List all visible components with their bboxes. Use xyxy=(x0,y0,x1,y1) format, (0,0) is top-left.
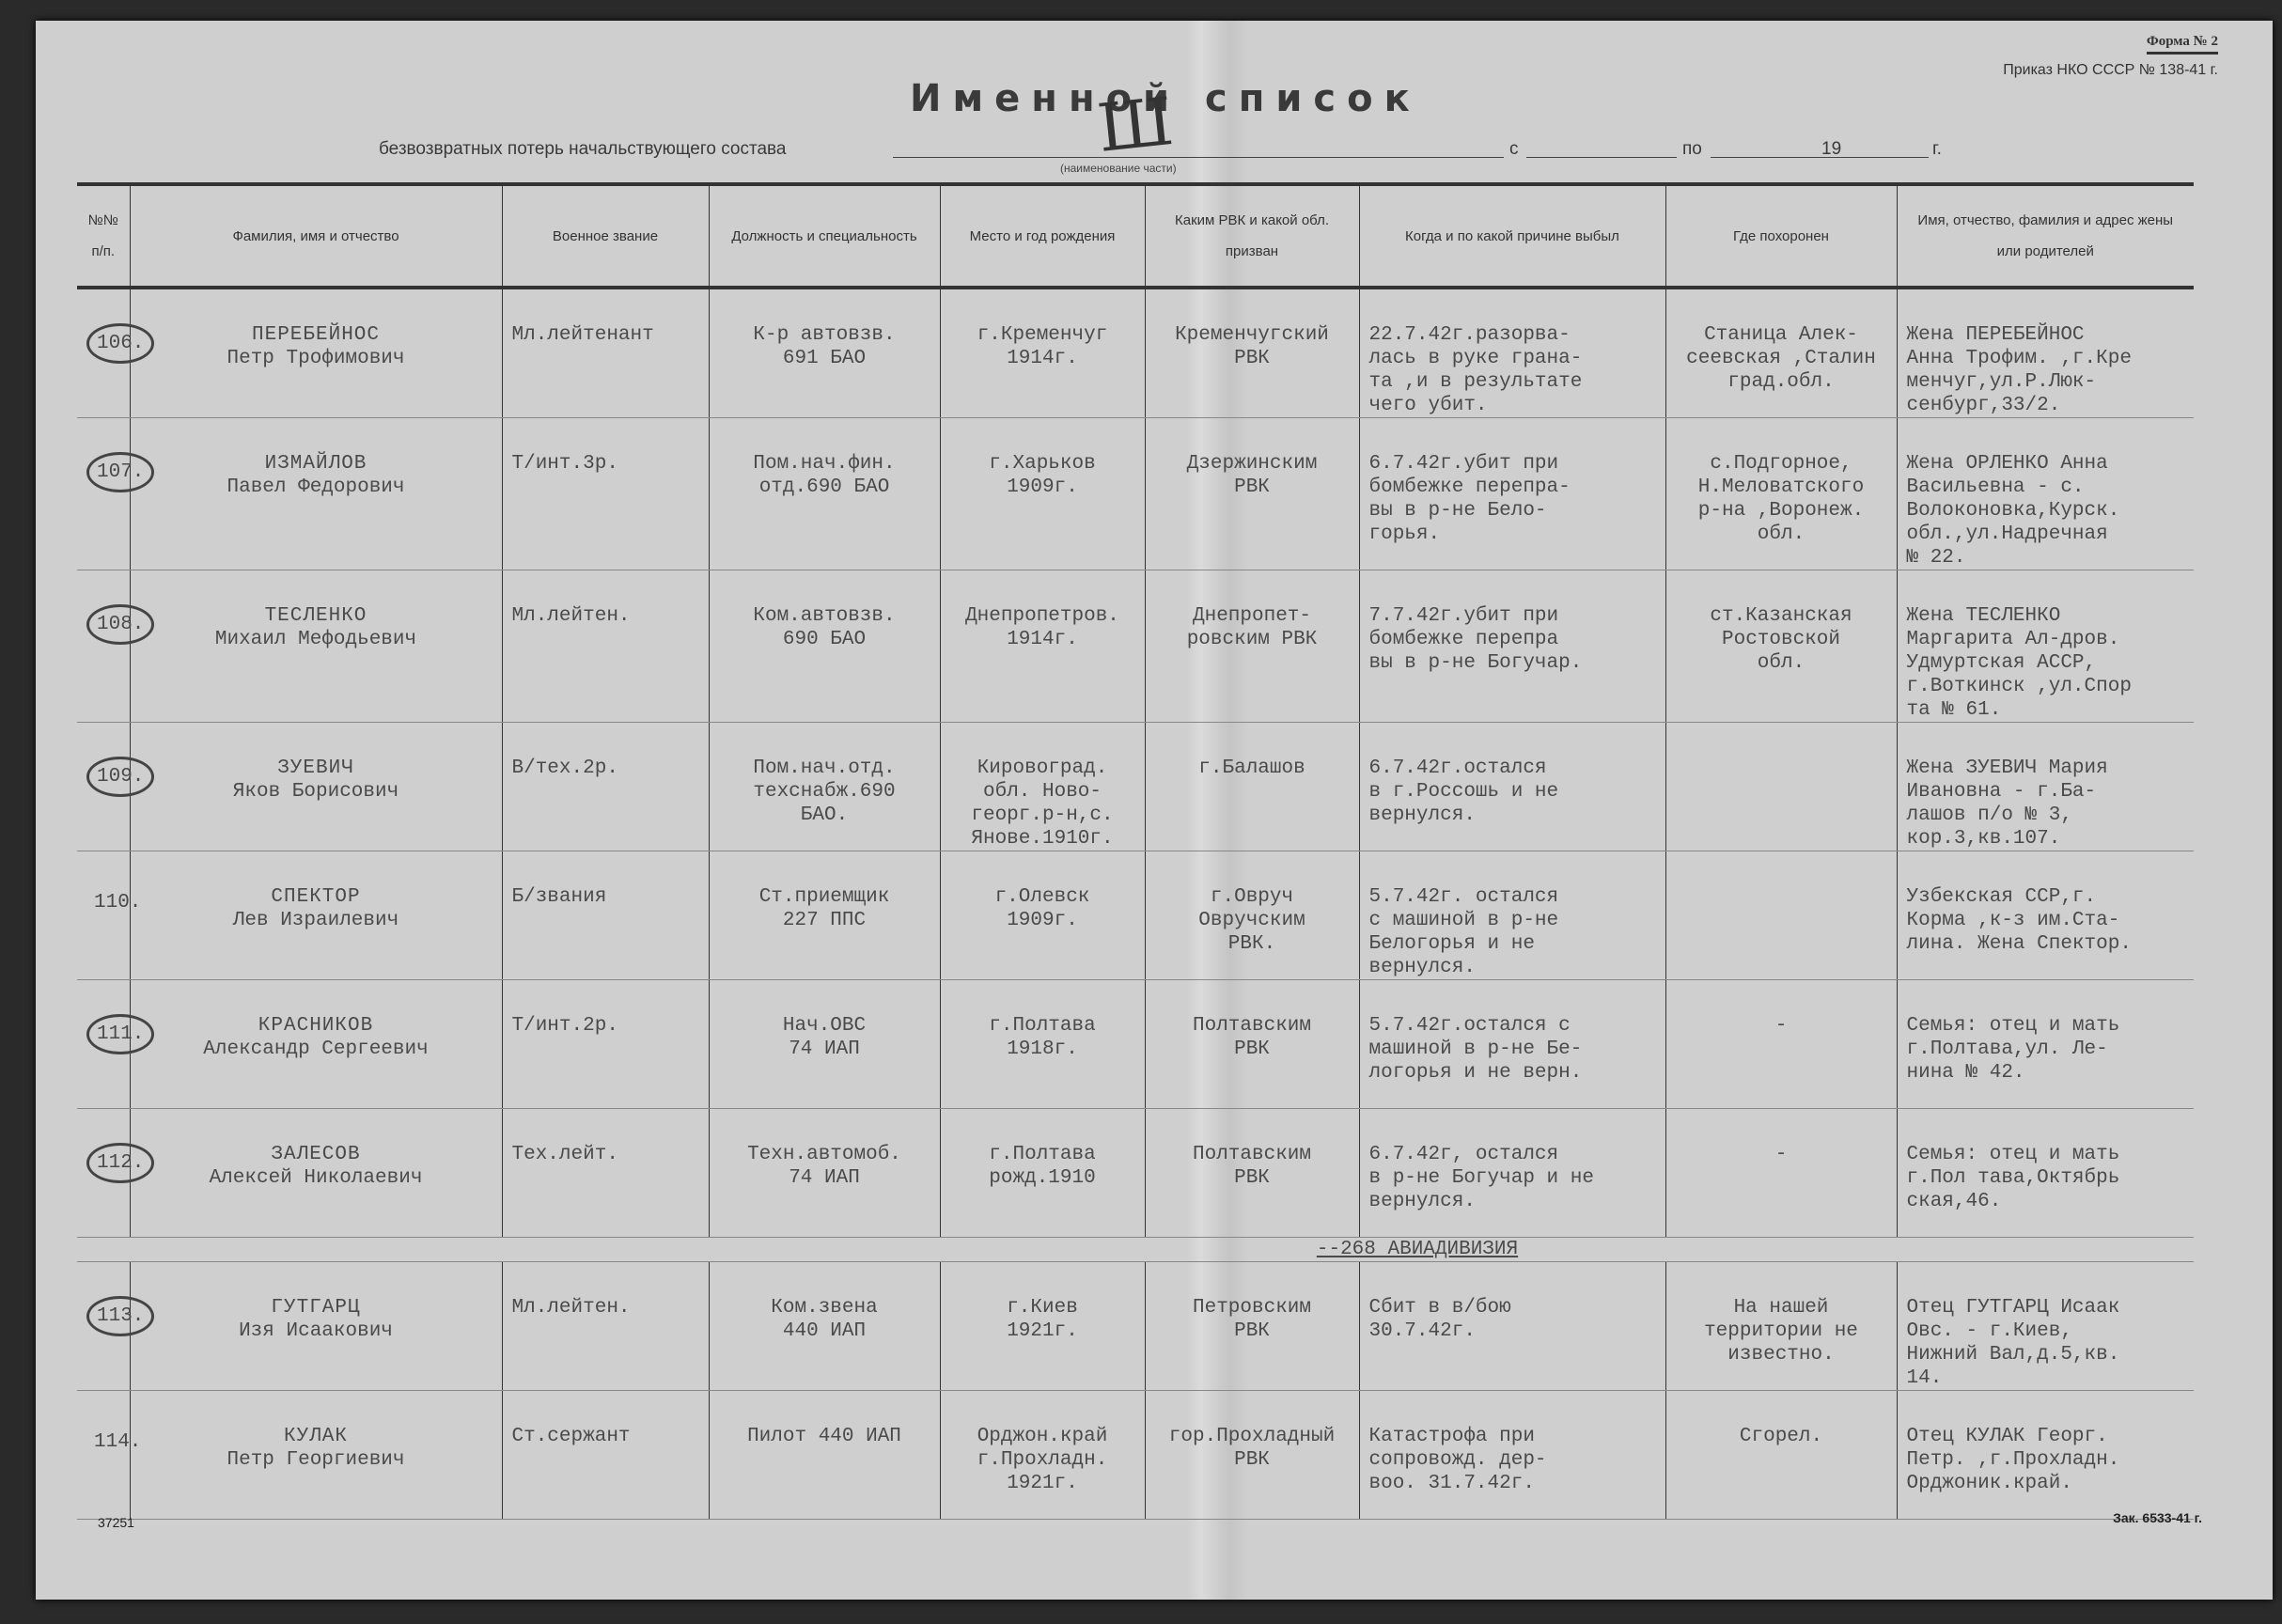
full-name-cell: ЗАЛЕСОВАлексей Николаевич xyxy=(130,1109,502,1238)
relatives-cell: Жена ОРЛЕНКО Анна Васильевна - с. Волоко… xyxy=(1897,418,2194,570)
row-number: 112. xyxy=(86,1143,154,1183)
birth-cell: Кировоград. обл. Ново- георг.р-н,с. Янов… xyxy=(940,723,1145,851)
year-field xyxy=(1844,157,1929,158)
rvk-cell: Полтавским РВК xyxy=(1145,1109,1359,1238)
when-why-cell: 6.7.42г, остался в р-не Богучар и не вер… xyxy=(1359,1109,1665,1238)
print-order: Зак. 6533-41 г. xyxy=(2113,1510,2202,1525)
surname: КУЛАК xyxy=(140,1425,492,1448)
given-names: Петр Георгиевич xyxy=(140,1448,492,1472)
buried-cell: - xyxy=(1665,1109,1897,1238)
table-row: 111. КРАСНИКОВАлександр Сергеевич Т/инт.… xyxy=(77,980,2194,1109)
rank-cell: Мл.лейтен. xyxy=(502,570,709,723)
unit-caption: (наименование части) xyxy=(1060,162,1177,175)
when-why-cell: 5.7.42г.остался с машиной в р-не Бе- лог… xyxy=(1359,980,1665,1109)
given-names: Михаил Мефодьевич xyxy=(140,628,492,651)
document-page: Форма № 2 Приказ НКО СССР № 138-41 г. Им… xyxy=(36,21,2273,1600)
when-why-cell: Катастрофа при сопровожд. дер- воо. 31.7… xyxy=(1359,1391,1665,1520)
row-number-cell: 108. xyxy=(77,570,130,723)
when-why-cell: 6.7.42г.убит при бомбежке перепра- вы в … xyxy=(1359,418,1665,570)
table-row: 108. ТЕСЛЕНКОМихаил Мефодьевич Мл.лейтен… xyxy=(77,570,2194,723)
archive-id: 37251 xyxy=(98,1515,134,1530)
rvk-cell: гор.Прохладный РВК xyxy=(1145,1391,1359,1520)
rvk-cell: Полтавским РВК xyxy=(1145,980,1359,1109)
rvk-cell: Петровским РВК xyxy=(1145,1262,1359,1391)
table-row: 109. ЗУЕВИЧЯков Борисович В/тех.2р. Пом.… xyxy=(77,723,2194,851)
surname: ЗАЛЕСОВ xyxy=(140,1143,492,1166)
given-names: Яков Борисович xyxy=(140,780,492,804)
relatives-cell: Жена ПЕРЕБЕЙНОС Анна Трофим. ,г.Кре менч… xyxy=(1897,288,2194,418)
row-number: 107. xyxy=(86,452,154,492)
birth-cell: Орджон.край г.Прохладн. 1921г. xyxy=(940,1391,1145,1520)
order-reference: Приказ НКО СССР № 138-41 г. xyxy=(2003,62,2218,79)
rvk-cell: Кременчугский РВК xyxy=(1145,288,1359,418)
rank-cell: В/тех.2р. xyxy=(502,723,709,851)
given-names: Изя Исаакович xyxy=(140,1319,492,1343)
position-cell: Ком.звена 440 ИАП xyxy=(709,1262,940,1391)
buried-cell: с.Подгорное, Н.Меловатского р-на ,Вороне… xyxy=(1665,418,1897,570)
section-divider-row: --268 АВИАДИВИЗИЯ xyxy=(77,1238,2194,1262)
row-number: 110. xyxy=(86,885,148,920)
col-full-name: Фамилия, имя и отчество xyxy=(130,184,502,288)
relatives-cell: Отец ГУТГАРЦ Исаак Овс. - г.Киев, Нижний… xyxy=(1897,1262,2194,1391)
row-number-cell: 114. xyxy=(77,1391,130,1520)
table-row: 112. ЗАЛЕСОВАлексей Николаевич Тех.лейт.… xyxy=(77,1109,2194,1238)
rank-cell: Тех.лейт. xyxy=(502,1109,709,1238)
when-why-cell: 6.7.42г.остался в г.Россошь и не вернулс… xyxy=(1359,723,1665,851)
col-birth: Место и год рождения xyxy=(940,184,1145,288)
birth-cell: г.Киев 1921г. xyxy=(940,1262,1145,1391)
birth-cell: Днепропетров. 1914г. xyxy=(940,570,1145,723)
buried-cell xyxy=(1665,851,1897,980)
unit-name-field xyxy=(893,157,1504,158)
relatives-cell: Отец КУЛАК Георг. Петр. ,г.Прохладн. Орд… xyxy=(1897,1391,2194,1520)
form-number: Форма № 2 xyxy=(2147,34,2218,55)
row-number-cell: 113. xyxy=(77,1262,130,1391)
full-name-cell: ТЕСЛЕНКОМихаил Мефодьевич xyxy=(130,570,502,723)
position-cell: Пом.нач.фин. отд.690 БАО xyxy=(709,418,940,570)
surname: КРАСНИКОВ xyxy=(140,1014,492,1038)
given-names: Александр Сергеевич xyxy=(140,1038,492,1061)
position-cell: К-р автовзв. 691 БАО xyxy=(709,288,940,418)
relatives-cell: Семья: отец и мать г.Полтава,ул. Ле- нин… xyxy=(1897,980,2194,1109)
when-why-cell: Сбит в в/бою 30.7.42г. xyxy=(1359,1262,1665,1391)
row-number: 111. xyxy=(86,1014,154,1054)
row-number-cell: 107. xyxy=(77,418,130,570)
from-date-field xyxy=(1526,157,1677,158)
rank-cell: Мл.лейтенант xyxy=(502,288,709,418)
when-why-cell: 5.7.42г. остался с машиной в р-не Белого… xyxy=(1359,851,1665,980)
birth-cell: г.Олевск 1909г. xyxy=(940,851,1145,980)
row-number-cell: 109. xyxy=(77,723,130,851)
full-name-cell: КРАСНИКОВАлександр Сергеевич xyxy=(130,980,502,1109)
col-relatives: Имя, отчество, фамилия и адрес жены или … xyxy=(1897,184,2194,288)
row-number-cell: 112. xyxy=(77,1109,130,1238)
full-name-cell: ИЗМАЙЛОВПавел Федорович xyxy=(130,418,502,570)
birth-cell: г.Полтава рожд.1910 xyxy=(940,1109,1145,1238)
col-number: №№ п/п. xyxy=(77,184,130,288)
birth-cell: г.Харьков 1909г. xyxy=(940,418,1145,570)
full-name-cell: СПЕКТОРЛев Израилевич xyxy=(130,851,502,980)
surname: ЗУЕВИЧ xyxy=(140,757,492,780)
row-number: 114. xyxy=(86,1425,148,1460)
col-rvk: Каким РВК и какой обл. призван xyxy=(1145,184,1359,288)
position-cell: Пилот 440 ИАП xyxy=(709,1391,940,1520)
col-when-why: Когда и по какой причине выбыл xyxy=(1359,184,1665,288)
relatives-cell: Жена ТЕСЛЕНКО Маргарита Ал-дров. Удмуртс… xyxy=(1897,570,2194,723)
rvk-cell: г.Балашов xyxy=(1145,723,1359,851)
when-why-cell: 22.7.42г.разорва- лась в руке грана- та … xyxy=(1359,288,1665,418)
row-number-cell: 106. xyxy=(77,288,130,418)
relatives-cell: Семья: отец и мать г.Пол тава,Октябрь ск… xyxy=(1897,1109,2194,1238)
col-buried: Где похоронен xyxy=(1665,184,1897,288)
handwritten-mark: Ш xyxy=(1094,83,1177,167)
row-number: 113. xyxy=(86,1296,154,1336)
buried-cell: Станица Алек- сеевская ,Сталин град.обл. xyxy=(1665,288,1897,418)
birth-cell: г.Полтава 1918г. xyxy=(940,980,1145,1109)
rvk-cell: Дзержинским РВК xyxy=(1145,418,1359,570)
rvk-cell: Днепропет- ровским РВК xyxy=(1145,570,1359,723)
row-number: 109. xyxy=(86,757,154,797)
rank-cell: Т/инт.3р. xyxy=(502,418,709,570)
table-row: 110. СПЕКТОРЛев Израилевич Б/звания Ст.п… xyxy=(77,851,2194,980)
full-name-cell: КУЛАКПетр Георгиевич xyxy=(130,1391,502,1520)
birth-cell: г.Кременчуг 1914г. xyxy=(940,288,1145,418)
row-number: 106. xyxy=(86,323,154,364)
surname: ИЗМАЙЛОВ xyxy=(140,452,492,476)
buried-cell xyxy=(1665,723,1897,851)
buried-cell: На нашей территории не известно. xyxy=(1665,1262,1897,1391)
rvk-cell: г.Овруч Овручским РВК. xyxy=(1145,851,1359,980)
table-row: 113. ГУТГАРЦИзя Исаакович Мл.лейтен. Ком… xyxy=(77,1262,2194,1391)
surname: СПЕКТОР xyxy=(140,885,492,909)
surname: ТЕСЛЕНКО xyxy=(140,604,492,628)
losses-table: №№ п/п. Фамилия, имя и отчество Военное … xyxy=(77,182,2194,1520)
position-cell: Техн.автомоб. 74 ИАП xyxy=(709,1109,940,1238)
rank-cell: Мл.лейтен. xyxy=(502,1262,709,1391)
table-row: 106. ПЕРЕБЕЙНОСПетр Трофимович Мл.лейтен… xyxy=(77,288,2194,418)
buried-cell: ст.Казанская Ростовской обл. xyxy=(1665,570,1897,723)
when-why-cell: 7.7.42г.убит при бомбежке перепра вы в р… xyxy=(1359,570,1665,723)
surname: ПЕРЕБЕЙНОС xyxy=(140,323,492,347)
position-cell: Ст.приемщик 227 ППС xyxy=(709,851,940,980)
position-cell: Пом.нач.отд. техснабж.690 БАО. xyxy=(709,723,940,851)
relatives-cell: Жена ЗУЕВИЧ Мария Ивановна - г.Ба- лашов… xyxy=(1897,723,2194,851)
relatives-cell: Узбекская ССР,г. Корма ,к-з им.Ста- лина… xyxy=(1897,851,2194,980)
table-header-row: №№ п/п. Фамилия, имя и отчество Военное … xyxy=(77,184,2194,288)
to-label: по xyxy=(1682,139,1702,160)
year-suffix: г. xyxy=(1932,139,1942,160)
position-cell: Нач.ОВС 74 ИАП xyxy=(709,980,940,1109)
table-row: 114. КУЛАКПетр Георгиевич Ст.сержант Пил… xyxy=(77,1391,2194,1520)
given-names: Алексей Николаевич xyxy=(140,1166,492,1190)
surname: ГУТГАРЦ xyxy=(140,1296,492,1319)
given-names: Лев Израилевич xyxy=(140,909,492,932)
full-name-cell: ЗУЕВИЧЯков Борисович xyxy=(130,723,502,851)
position-cell: Ком.автовзв. 690 БАО xyxy=(709,570,940,723)
given-names: Павел Федорович xyxy=(140,476,492,499)
row-number-cell: 111. xyxy=(77,980,130,1109)
table-row: 107. ИЗМАЙЛОВПавел Федорович Т/инт.3р. П… xyxy=(77,418,2194,570)
col-position: Должность и специальность xyxy=(709,184,940,288)
full-name-cell: ПЕРЕБЕЙНОСПетр Трофимович xyxy=(130,288,502,418)
full-name-cell: ГУТГАРЦИзя Исаакович xyxy=(130,1262,502,1391)
from-label: с xyxy=(1509,139,1519,160)
page-subtitle: безвозвратных потерь начальствующего сос… xyxy=(379,139,787,160)
year-prefix: 19 xyxy=(1821,139,1841,160)
buried-cell: - xyxy=(1665,980,1897,1109)
row-number: 108. xyxy=(86,604,154,645)
rank-cell: Ст.сержант xyxy=(502,1391,709,1520)
buried-cell: Сгорел. xyxy=(1665,1391,1897,1520)
given-names: Петр Трофимович xyxy=(140,347,492,370)
row-number-cell: 110. xyxy=(77,851,130,980)
rank-cell: Т/инт.2р. xyxy=(502,980,709,1109)
section-divider-label: --268 АВИАДИВИЗИЯ xyxy=(1317,1239,1518,1260)
col-rank: Военное звание xyxy=(502,184,709,288)
rank-cell: Б/звания xyxy=(502,851,709,980)
